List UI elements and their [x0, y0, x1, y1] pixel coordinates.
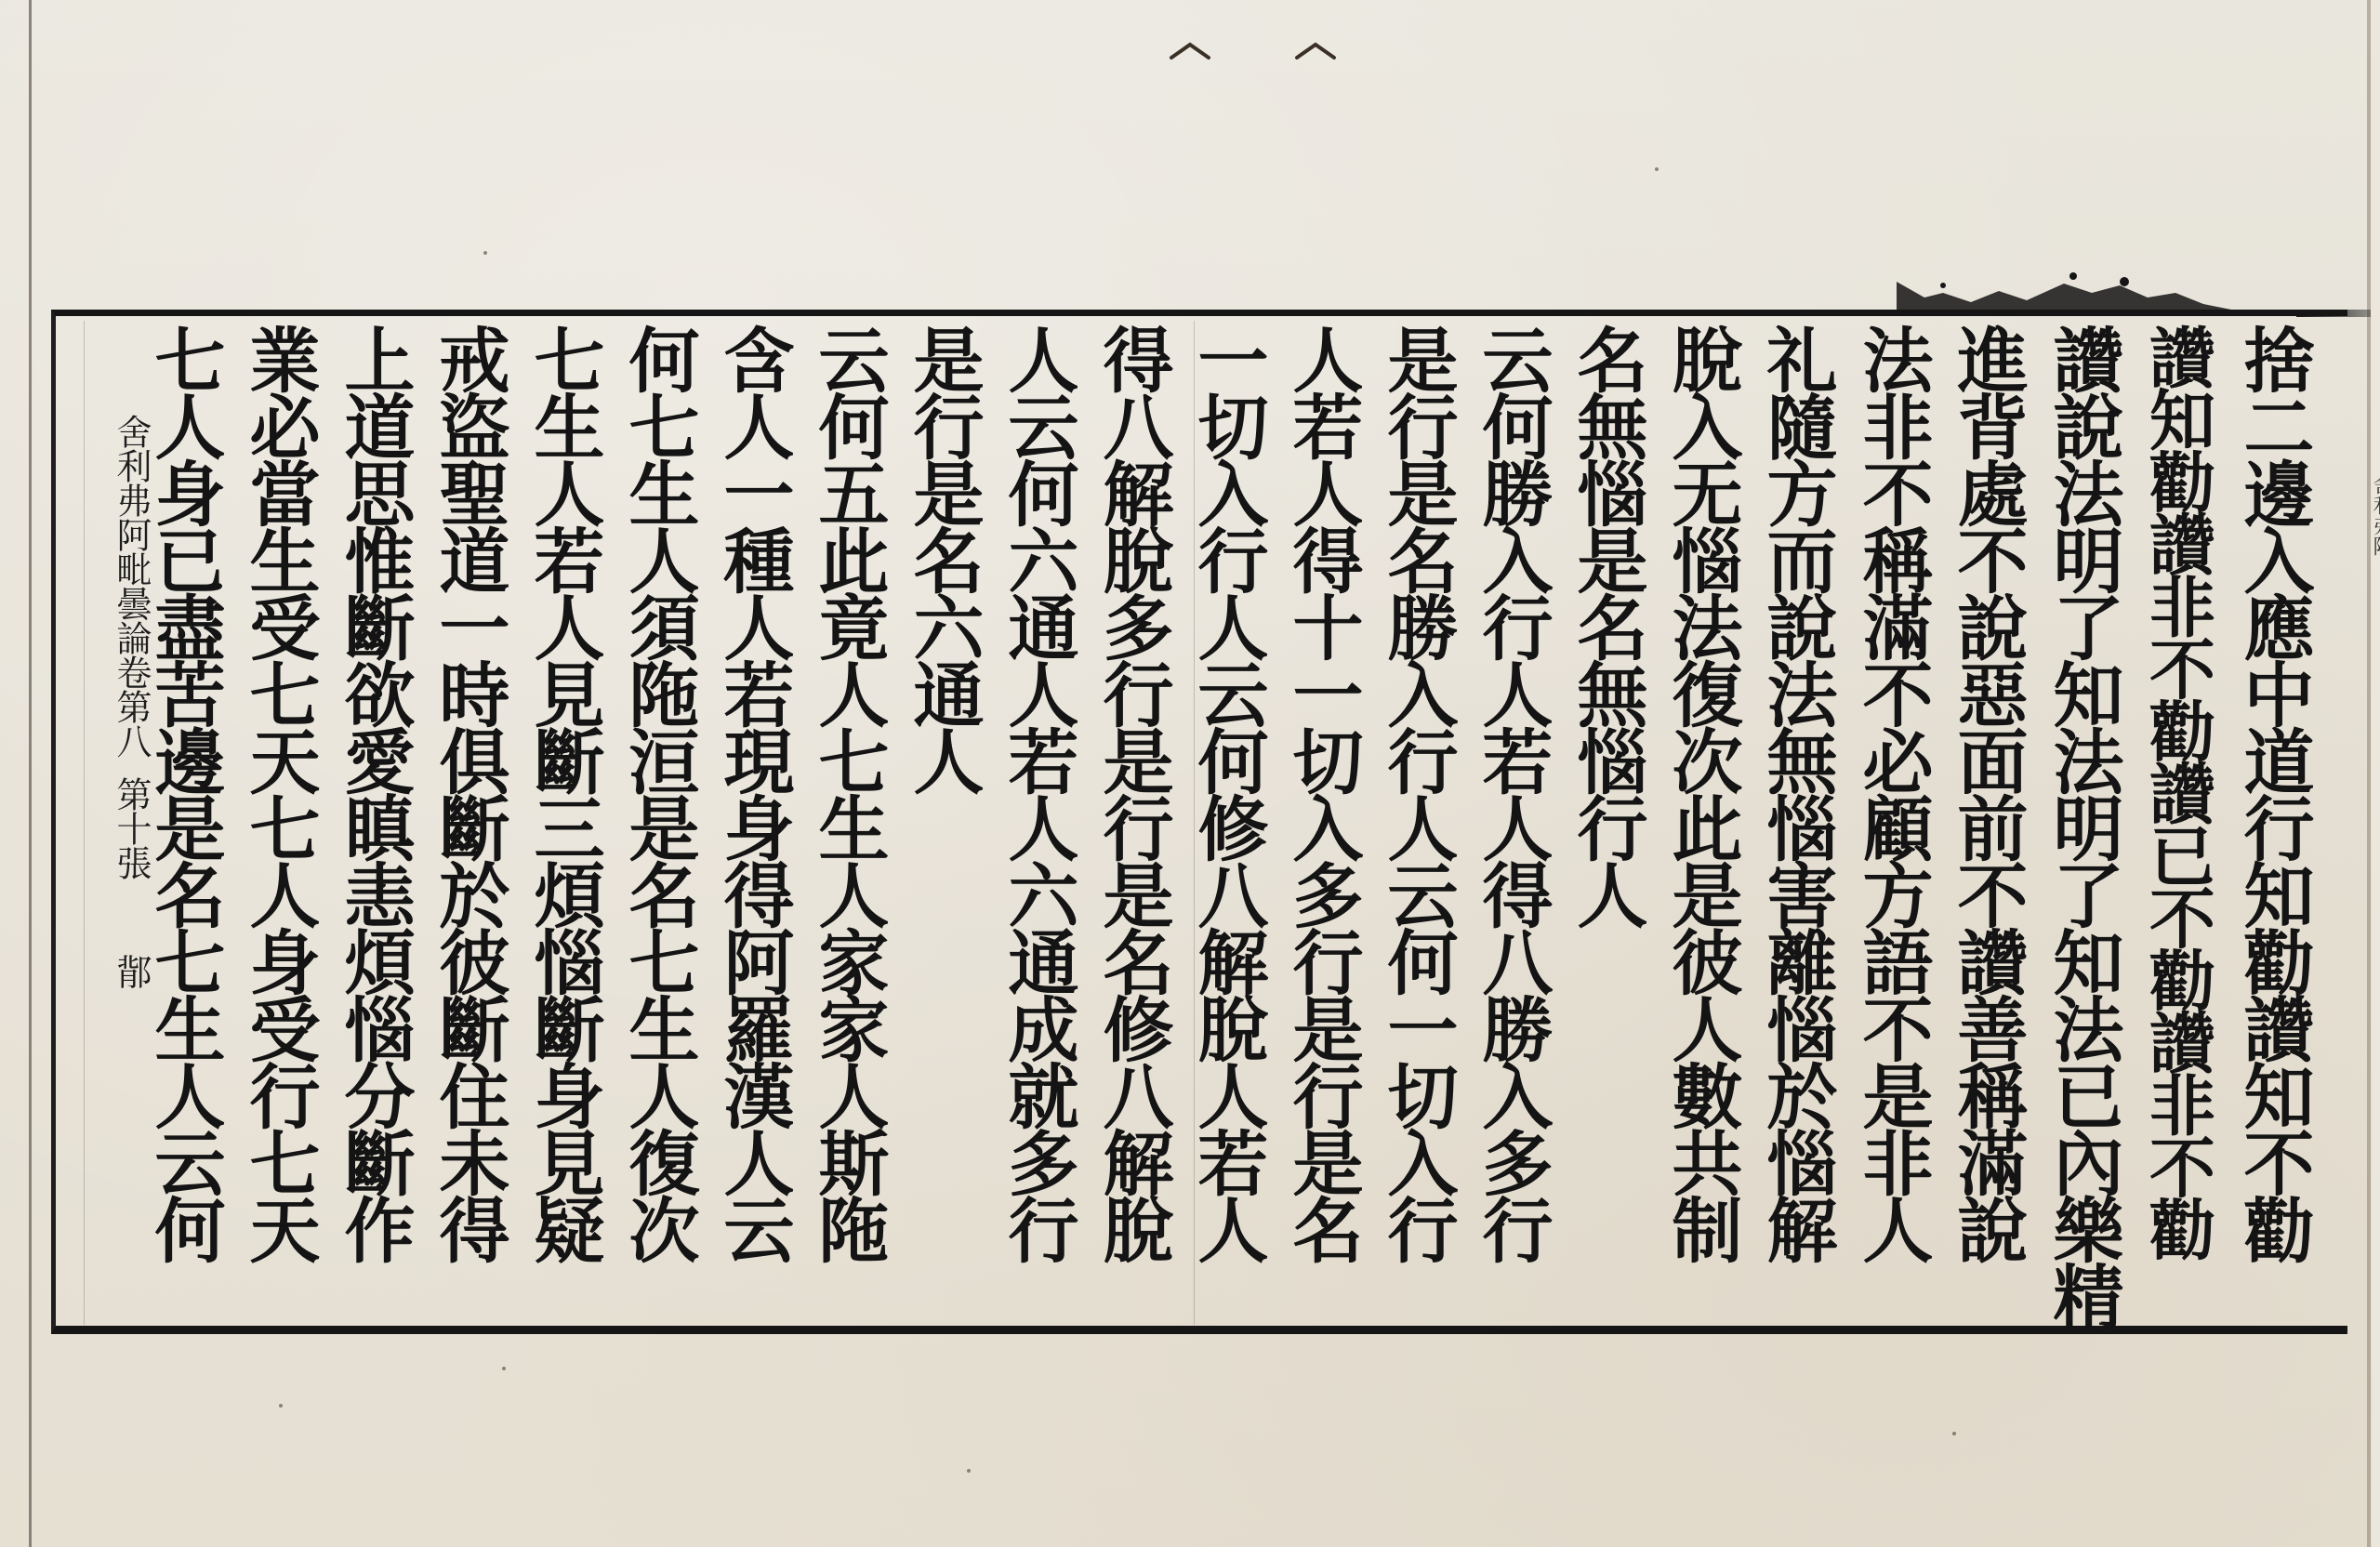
text-column-22: 業必當生受七天七人身受行七天: [232, 324, 325, 1261]
leaf-number: 第十張: [108, 776, 154, 879]
text-column-15: 是行是名六通人: [896, 324, 989, 792]
text-column-9: 云何勝入行人若人得八勝入多行: [1465, 324, 1558, 1261]
text-column-10: 是行是名勝入行人云何一切入行: [1370, 324, 1463, 1261]
binding-stitch-mark-icon: [1167, 37, 1223, 65]
binding-stitch-mark-icon: [1292, 37, 1348, 65]
column-text: 是行是名勝入行人云何一切入行: [1370, 324, 1463, 1261]
column-text: 七生人若人見斷三煩惱斷身見疑: [517, 324, 610, 1261]
next-page-fragment: 舍利弗阿: [2370, 474, 2380, 562]
text-column-18: 何七生人須陁洹是名七生人復次: [612, 324, 705, 1261]
column-text: 是行是名六通人: [896, 324, 989, 792]
column-text: 名無惱是名無惱行人: [1560, 324, 1653, 926]
text-column-1: 捨二邊入應中道行知勸讚知不勸: [2227, 324, 2320, 1261]
text-column-11: 人若人得十一切入多行是行是名: [1276, 324, 1368, 1261]
text-column-19: 七生人若人見斷三煩惱斷身見疑: [517, 324, 610, 1261]
marginal-title: 舍利弗阿毗曇論卷第八: [108, 414, 154, 758]
marginal-note: 舍利弗阿毗曇論卷第八 第十張 鄁: [108, 414, 154, 988]
text-column-16: 云何五此竟人七生人家家人斯陁: [801, 324, 894, 1261]
paper-speck: [1655, 167, 1659, 171]
frame-right-edge: [2296, 310, 2371, 317]
interline-rule: [84, 321, 85, 1325]
right-fold-line: [2367, 0, 2371, 1547]
next-page-sliver: [2372, 0, 2380, 1547]
paper-speck: [279, 1404, 283, 1408]
text-column-20: 戒盜聖道一時俱斷於彼斷住未得: [422, 324, 515, 1261]
text-column-5: 法非不稱滿不必顧方語不是非人: [1845, 324, 1938, 1261]
text-column-14: 人云何六通人若人六通成就多行: [991, 324, 1084, 1261]
carver-name: 鄁: [108, 954, 154, 988]
column-text: 含人一種人若現身得阿羅漢人云: [707, 324, 800, 1261]
column-text: 得八解脫多行是行是名修八解脫: [1086, 324, 1179, 1261]
text-column-21: 上道思惟斷欲愛瞋恚煩惱分斷作: [327, 324, 420, 1261]
next-page-fragment-text: 舍利弗阿: [2370, 474, 2380, 556]
column-text: 人云何六通人若人六通成就多行: [991, 324, 1084, 1261]
column-text: 讚知勸讚非不勸讚已不勸讚非不勸: [2134, 324, 2222, 1258]
column-text: 云何五此竟人七生人家家人斯陁: [801, 324, 894, 1261]
column-text: 云何勝入行人若人得八勝入多行: [1465, 324, 1558, 1261]
column-text: 脫入无惱法復次此是彼人數共制: [1655, 324, 1748, 1261]
paper-speck: [967, 1469, 971, 1473]
text-column-7: 脫入无惱法復次此是彼人數共制: [1655, 324, 1748, 1261]
text-column-2: 讚知勸讚非不勸讚已不勸讚非不勸: [2131, 324, 2224, 1258]
text-column-17: 含人一種人若現身得阿羅漢人云: [707, 324, 800, 1261]
column-text: 礼隨方而說法無惱害離惱於惱解: [1750, 324, 1843, 1261]
column-text: 人若人得十一切入多行是行是名: [1276, 324, 1368, 1261]
column-text: 捨二邊入應中道行知勸讚知不勸: [2227, 324, 2320, 1261]
column-text: 進背處不說惡面前不讚善稱滿說: [1940, 324, 2033, 1261]
column-text: 法非不稱滿不必顧方語不是非人: [1845, 324, 1938, 1261]
column-text: 業必當生受七天七人身受行七天: [232, 324, 325, 1261]
frame-ink-damage: [1887, 265, 2241, 311]
left-fold-line: [29, 0, 32, 1547]
column-text: 何七生人須陁洹是名七生人復次: [612, 324, 705, 1261]
text-column-6: 礼隨方而說法無惱害離惱於惱解: [1750, 324, 1843, 1261]
text-column-3: 讚說法明了知法明了知法已內樂精: [2036, 324, 2129, 1328]
paper-speck: [483, 251, 487, 255]
column-text: 上道思惟斷欲愛瞋恚煩惱分斷作: [327, 324, 420, 1261]
text-column-12: 一切入行人云何修八解脫人若人: [1181, 324, 1274, 1261]
text-column-8: 名無惱是名無惱行人: [1560, 324, 1653, 926]
text-column-13: 得八解脫多行是行是名修八解脫: [1086, 324, 1179, 1261]
paper-speck: [1952, 1432, 1956, 1435]
column-text: 一切入行人云何修八解脫人若人: [1181, 324, 1274, 1261]
column-text: 戒盜聖道一時俱斷於彼斷住未得: [422, 324, 515, 1261]
paper-speck: [502, 1367, 506, 1370]
column-text: 讚說法明了知法明了知法已內樂精: [2036, 324, 2129, 1328]
text-column-4: 進背處不說惡面前不讚善稱滿說: [1940, 324, 2033, 1261]
